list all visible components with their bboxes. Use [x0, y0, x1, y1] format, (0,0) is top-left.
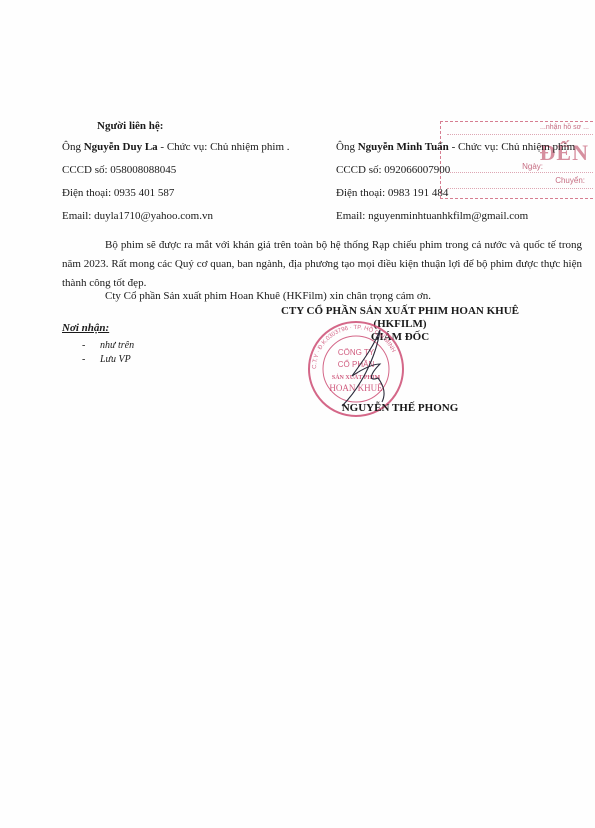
incoming-document-stamp: ...nhận hồ sơ ... ĐẾN Ngày: Chuyển:: [440, 121, 593, 199]
contact-left-phone: Điện thoại: 0935 401 587: [62, 187, 174, 199]
contact-left-name-line: Ông Nguyễn Duy La - Chức vụ: Chủ nhiệm p…: [62, 141, 290, 153]
signature-company-line1: CTY CỔ PHẦN SẢN XUẤT PHIM HOAN KHUÊ: [250, 305, 550, 317]
contact-left-id: CCCD số: 058008088045: [62, 164, 176, 176]
recipient-item: -như trên: [82, 340, 134, 351]
contact-right-email: Email: nguyenminhtuanhkfilm@gmail.com: [336, 210, 528, 222]
recipient-item: -Lưu VP: [82, 354, 131, 365]
body-paragraph-2: Cty Cổ phần Sản xuất phim Hoan Khuê (HKF…: [105, 290, 431, 302]
recipients-title: Nơi nhận:: [62, 322, 109, 334]
contact-right-id: CCCD số: 092066007900: [336, 164, 450, 176]
contact-right-phone: Điện thoại: 0983 191 484: [336, 187, 448, 199]
signature-scribble-icon: [340, 328, 410, 408]
contact-left-email: Email: duyla1710@yahoo.com.vn: [62, 210, 213, 222]
signer-name: NGUYỄN THẾ PHONG: [250, 402, 550, 414]
contact-right-name: Nguyễn Minh Tuấn: [358, 141, 449, 153]
body-paragraph-1: Bộ phim sẽ được ra mắt với khán giả trên…: [62, 236, 582, 293]
contact-right-name-line: Ông Nguyễn Minh Tuấn - Chức vụ: Chủ nhiệ…: [336, 141, 575, 153]
contact-left-name: Nguyễn Duy La: [84, 141, 158, 153]
contacts-heading: Người liên hệ:: [97, 120, 163, 132]
